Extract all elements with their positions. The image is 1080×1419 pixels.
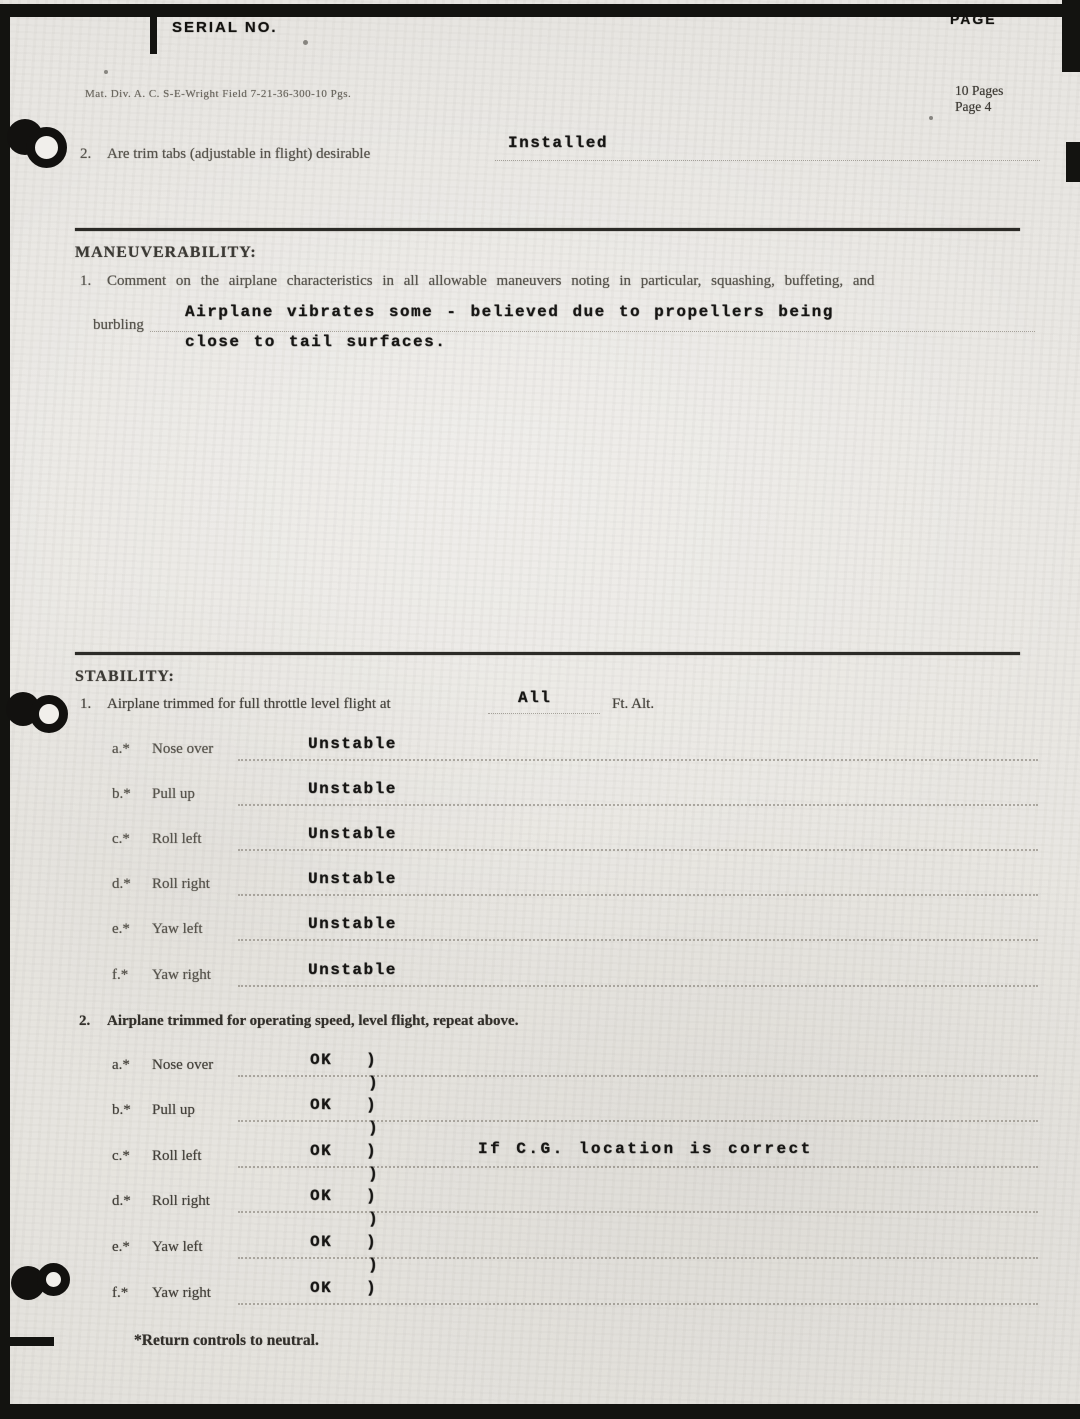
stability-1-text: Airplane trimmed for full throttle level… xyxy=(107,695,391,714)
row-bracket: ) xyxy=(366,1142,377,1160)
question-2-text: Are trim tabs (adjustable in flight) des… xyxy=(107,145,370,164)
answer-line xyxy=(238,804,1038,806)
answer-line xyxy=(238,849,1038,851)
row-answer: OK xyxy=(310,1051,332,1069)
row-answer: Unstable xyxy=(308,780,397,798)
maneuverability-item-text-cont: burbling xyxy=(93,316,144,335)
row-answer: OK xyxy=(310,1142,332,1160)
stability-1-answer: All xyxy=(518,689,551,707)
answer-line xyxy=(238,1303,1038,1305)
stability-1-suffix: Ft. Alt. xyxy=(612,695,654,714)
answer-line xyxy=(238,1166,1038,1168)
binder-hole-middle xyxy=(30,695,68,733)
row-key: d.* xyxy=(112,875,131,894)
question-2-number: 2. xyxy=(80,145,91,164)
maneuverability-heading: MANEUVERABILITY: xyxy=(75,244,257,262)
row-key: b.* xyxy=(112,785,131,804)
top-edge-bar xyxy=(0,4,1080,17)
pages-total: 10 Pages xyxy=(955,83,1003,99)
bracket-mid: ) xyxy=(368,1165,379,1183)
serial-no-label: SERIAL NO. xyxy=(172,19,278,36)
binder-hole-bottom xyxy=(37,1263,70,1296)
answer-line xyxy=(238,894,1038,896)
answer-line xyxy=(488,713,600,714)
scan-speck xyxy=(929,116,933,120)
maneuverability-answer-line2: close to tail surfaces. xyxy=(185,333,446,351)
bracket-mid: ) xyxy=(368,1256,379,1274)
bracket-mid: ) xyxy=(368,1074,379,1092)
row-label: Yaw right xyxy=(152,1284,211,1303)
binder-hole-top xyxy=(26,127,67,168)
row-key: e.* xyxy=(112,920,130,939)
row-answer: OK xyxy=(310,1279,332,1297)
row-key: c.* xyxy=(112,1147,130,1166)
stability-heading: STABILITY: xyxy=(75,668,175,686)
answer-line xyxy=(238,1120,1038,1122)
row-bracket: ) xyxy=(366,1233,377,1251)
maneuverability-answer-line1: Airplane vibrates some - believed due to… xyxy=(185,303,834,321)
scan-speck xyxy=(303,40,308,45)
row-answer: Unstable xyxy=(308,735,397,753)
section-rule xyxy=(75,228,1020,231)
row-key: f.* xyxy=(112,1284,128,1303)
answer-line xyxy=(238,985,1038,987)
row-key: e.* xyxy=(112,1238,130,1257)
bottom-edge-bar xyxy=(0,1404,1080,1419)
row-answer: OK xyxy=(310,1187,332,1205)
answer-line xyxy=(238,939,1038,941)
answer-line xyxy=(150,331,1035,332)
stability-2-number: 2. xyxy=(79,1012,90,1031)
row-answer: Unstable xyxy=(308,961,397,979)
cg-note: If C.G. location is correct xyxy=(478,1140,813,1158)
row-label: Pull up xyxy=(152,785,195,804)
right-edge-mark-top xyxy=(1062,0,1080,72)
answer-line xyxy=(238,1257,1038,1259)
stability-2-text: Airplane trimmed for operating speed, le… xyxy=(107,1012,518,1031)
row-answer: OK xyxy=(310,1096,332,1114)
maneuverability-item-number: 1. xyxy=(80,272,91,291)
row-key: d.* xyxy=(112,1192,131,1211)
row-label: Yaw left xyxy=(152,920,203,939)
row-bracket: ) xyxy=(366,1051,377,1069)
maneuverability-item-text: Comment on the airplane characteristics … xyxy=(107,272,875,291)
row-label: Roll right xyxy=(152,1192,210,1211)
row-answer: Unstable xyxy=(308,915,397,933)
stability-1-number: 1. xyxy=(80,695,91,714)
bracket-mid: ) xyxy=(368,1119,379,1137)
row-key: b.* xyxy=(112,1101,131,1120)
row-label: Yaw left xyxy=(152,1238,203,1257)
right-edge-mark xyxy=(1066,142,1080,182)
row-key: f.* xyxy=(112,966,128,985)
row-label: Nose over xyxy=(152,1056,213,1075)
row-key: a.* xyxy=(112,1056,130,1075)
row-bracket: ) xyxy=(366,1279,377,1297)
row-label: Nose over xyxy=(152,740,213,759)
scan-speck xyxy=(104,70,108,74)
row-label: Roll left xyxy=(152,830,202,849)
row-label: Pull up xyxy=(152,1101,195,1120)
row-answer: OK xyxy=(310,1233,332,1251)
row-label: Roll left xyxy=(152,1147,202,1166)
row-label: Roll right xyxy=(152,875,210,894)
answer-line xyxy=(238,1211,1038,1213)
section-rule xyxy=(75,652,1020,655)
answer-line xyxy=(238,1075,1038,1077)
serial-tick-mark xyxy=(150,16,157,54)
answer-line xyxy=(495,160,1040,161)
row-bracket: ) xyxy=(366,1187,377,1205)
answer-line xyxy=(238,759,1038,761)
row-key: c.* xyxy=(112,830,130,849)
form-imprint: Mat. Div. A. C. S-E-Wright Field 7-21-36… xyxy=(85,88,351,100)
row-key: a.* xyxy=(112,740,130,759)
row-bracket: ) xyxy=(366,1096,377,1114)
question-2-answer: Installed xyxy=(508,134,608,152)
page-label: PAGE xyxy=(950,11,997,27)
row-answer: Unstable xyxy=(308,825,397,843)
row-label: Yaw right xyxy=(152,966,211,985)
scanned-form-page: SERIAL NO. PAGE Mat. Div. A. C. S-E-Wrig… xyxy=(0,0,1080,1419)
bracket-mid: ) xyxy=(368,1210,379,1228)
row-answer: Unstable xyxy=(308,870,397,888)
bottom-tick-mark xyxy=(8,1337,54,1346)
page-number: Page 4 xyxy=(955,99,991,115)
footnote: *Return controls to neutral. xyxy=(134,1331,319,1350)
